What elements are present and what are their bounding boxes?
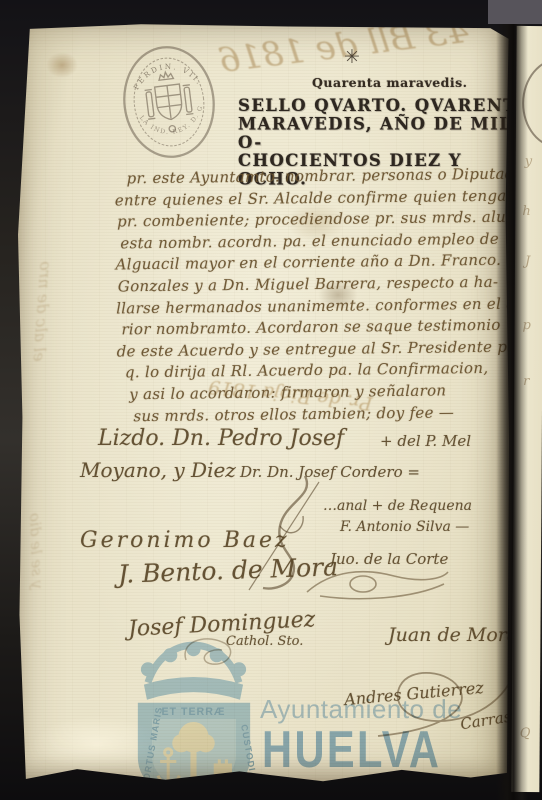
ink-stain [46,52,78,78]
manuscript-page: 43 Bll de 1816 Pr. de Rioja 1819 el alc … [18,22,510,782]
heading-line: SELLO QVARTO. QVARENTA [238,96,510,115]
bleedthrough-script: el alc de nro [29,261,55,363]
signature-geronimo-baez: Geronimo Baez [80,528,290,553]
royal-seal-stamp: FERDIN. VII. LA IND. REY. D. G. [115,39,222,166]
signature-silva: F. Antonio Silva — [340,519,469,535]
binding-gutter-shadow [496,0,528,800]
heading-line: MARAVEDIS, AÑO DE MIL O- [238,115,510,152]
printer-ornament-icon: ✳ [344,46,360,68]
small-loop-flourish [178,620,288,680]
tree-icon [172,722,214,782]
manuscript-line: sus mrds. otros ellos tambien; doy fee — [133,401,510,427]
shield-band [138,703,250,782]
tower-icon [214,759,232,782]
shield-motto-top: ET TERRÆ [161,706,225,718]
scanned-document-photo: y h J p r Q 43 Bll de 1816 Pr. de Rioja … [0,0,542,800]
tax-value-label: Quarenta maravedis. [312,75,468,90]
manuscript-body: pr. este Ayuntamto. nombrar. personas o … [114,164,510,428]
anchor-icon [158,749,179,782]
shield-motto-right: CUSTODIA [239,724,258,780]
shield-motto-left: PORTUS MARIS [140,706,164,782]
signature-pedro-josef: Lizdo. Dn. Pedro Josef [98,426,344,451]
signature-moyano: Moyano, y Diez [80,458,236,482]
signature-pedro-addendum: + del P. Mel [380,432,471,450]
paper-curl-highlight [32,716,162,772]
signature-requena: …anal + de Requena [323,498,472,514]
shield-field [152,719,236,782]
background-corner-block [488,0,542,24]
bleedthrough-script: y se le dio [26,512,47,589]
